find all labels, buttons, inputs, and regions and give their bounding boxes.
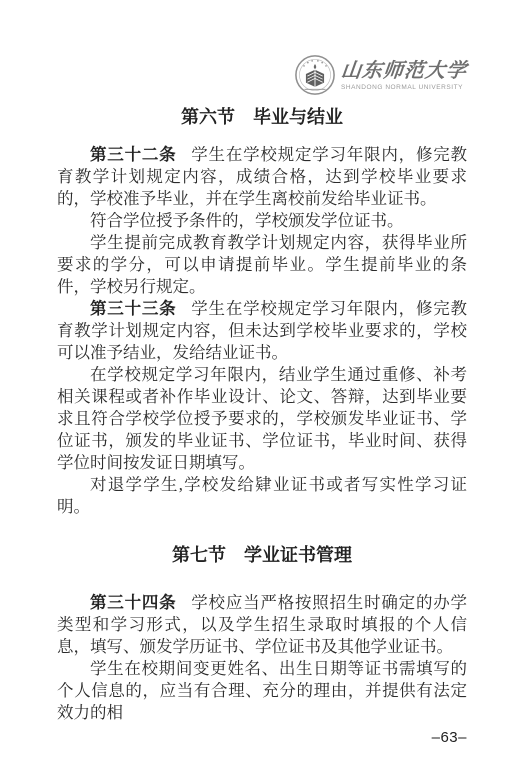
section-6-body: 第三十二条学生在学校规定学习年限内，修完教育教学计划规定内容，成绩合格，达到学校… xyxy=(57,144,467,518)
university-name: 山东师范大学 SHANDONG NORMAL UNIVERSITY xyxy=(341,60,467,91)
university-logo: 山东师范大学 SHANDONG NORMAL UNIVERSITY xyxy=(57,0,467,96)
paragraph: 符合学位授予条件的，学校颁发学位证书。 xyxy=(57,210,467,232)
paragraph: 对退学学生,学校发给肄业证书或者写实性学习证明。 xyxy=(57,474,467,518)
document-page: 山东师范大学 SHANDONG NORMAL UNIVERSITY 第六节 毕业… xyxy=(0,0,525,768)
article-number: 第三十二条 xyxy=(90,146,176,164)
paragraph: 第三十四条学校应当严格按照招生时确定的办学类型和学习形式，以及学生招生录取时填报… xyxy=(57,592,467,658)
section-7-body: 第三十四条学校应当严格按照招生时确定的办学类型和学习形式，以及学生招生录取时填报… xyxy=(57,592,467,724)
section-title-7: 第七节 学业证书管理 xyxy=(57,544,467,566)
paragraph-text: 对退学学生,学校发给肄业证书或者写实性学习证明。 xyxy=(57,475,467,516)
paragraph: 学生提前完成教育教学计划规定内容，获得毕业所要求的学分，可以申请提前毕业。学生提… xyxy=(57,232,467,298)
paragraph-text: 学生在校期间变更姓名、出生日期等证书需填写的个人信息的，应当有合理、充分的理由，… xyxy=(57,659,467,722)
section-title-6: 第六节 毕业与结业 xyxy=(57,106,467,128)
paragraph: 第三十二条学生在学校规定学习年限内，修完教育教学计划规定内容，成绩合格，达到学校… xyxy=(57,144,467,210)
page-number: –63– xyxy=(57,730,467,746)
paragraph-text: 在学校规定学习年限内，结业学生通过重修、补考相关课程或者补作毕业设计、论文、答辩… xyxy=(57,365,467,472)
paragraph: 在学校规定学习年限内，结业学生通过重修、补考相关课程或者补作毕业设计、论文、答辩… xyxy=(57,364,467,474)
article-number: 第三十三条 xyxy=(90,300,176,318)
university-seal-icon xyxy=(294,54,336,96)
paragraph-text: 符合学位授予条件的，学校颁发学位证书。 xyxy=(90,211,404,230)
university-name-en: SHANDONG NORMAL UNIVERSITY xyxy=(341,84,463,91)
paragraph: 第三十三条学生在学校规定学习年限内，修完教育教学计划规定内容，但未达到学校毕业要… xyxy=(57,298,467,364)
paragraph-text: 学生提前完成教育教学计划规定内容，获得毕业所要求的学分，可以申请提前毕业。学生提… xyxy=(57,233,467,296)
university-name-zh: 山东师范大学 xyxy=(340,60,468,82)
article-number: 第三十四条 xyxy=(90,594,176,612)
paragraph: 学生在校期间变更姓名、出生日期等证书需填写的个人信息的，应当有合理、充分的理由，… xyxy=(57,658,467,724)
